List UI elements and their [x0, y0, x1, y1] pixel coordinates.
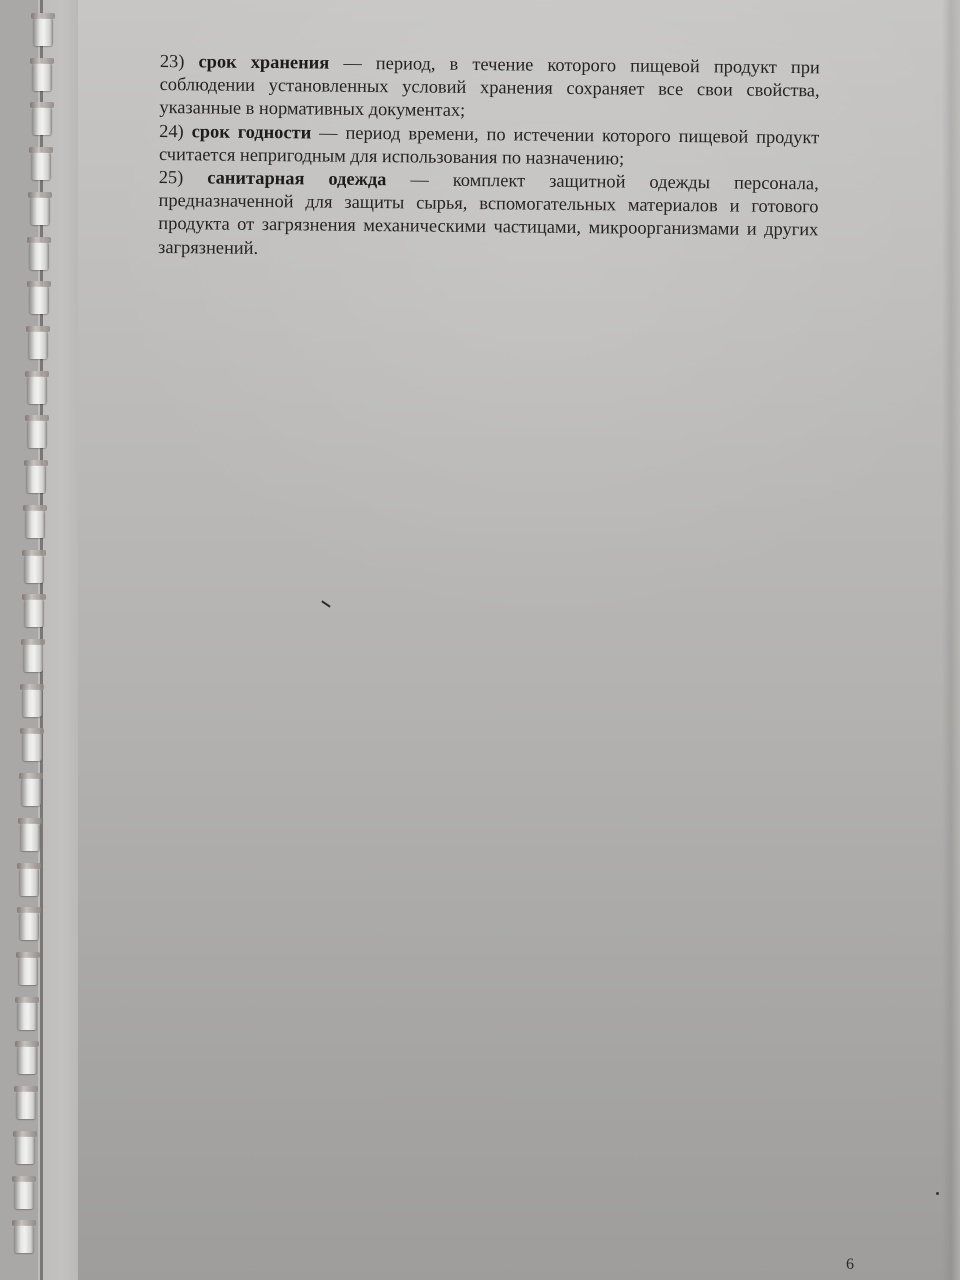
- binding-coil: [22, 733, 42, 761]
- binding-coil: [25, 510, 45, 538]
- binding-coil: [16, 1091, 36, 1119]
- binding-coil: [27, 376, 47, 404]
- entry-dash: —: [410, 169, 429, 189]
- paper-speck: [936, 1192, 939, 1195]
- definition-entry-24: 24) срок годности — период времени, по и…: [159, 120, 819, 173]
- binding-coil: [17, 1002, 37, 1030]
- binding-coil: [29, 242, 49, 270]
- page-edge: [942, 0, 960, 1280]
- binding-coil: [19, 912, 39, 940]
- binding-coil: [32, 63, 52, 91]
- binding-coil: [15, 1136, 35, 1164]
- binding-coil: [28, 331, 48, 359]
- entry-number: 23): [160, 51, 185, 71]
- binding-coil: [19, 868, 39, 896]
- binding-coil: [26, 465, 46, 493]
- binding-coil: [14, 1181, 34, 1209]
- binding-coil: [33, 18, 53, 46]
- binding-coil: [18, 957, 38, 985]
- binding-coil: [20, 823, 40, 851]
- binding-coil: [24, 555, 44, 583]
- binding-coil: [21, 778, 41, 806]
- binding-coil: [24, 599, 44, 627]
- definitions-text: 23) срок хранения — период, в течение ко…: [158, 50, 820, 265]
- definition-entry-25: 25) санитарная одежда — комплект защитно…: [158, 166, 819, 265]
- binding-coil: [32, 107, 52, 135]
- entry-term: срок годности: [192, 121, 312, 142]
- spiral-binding: [0, 0, 60, 1280]
- binding-coil: [22, 689, 42, 717]
- binding-coil: [23, 644, 43, 672]
- entry-number: 24): [159, 121, 184, 141]
- binding-coil: [14, 1225, 34, 1253]
- binding-coil: [31, 152, 51, 180]
- binding-coil: [17, 1046, 37, 1074]
- entry-dash: —: [319, 122, 338, 142]
- entry-term: срок хранения: [198, 51, 329, 72]
- page-number: 6: [846, 1256, 854, 1274]
- entry-term: санитарная одежда: [207, 167, 386, 189]
- binding-coil: [29, 286, 49, 314]
- definition-entry-23: 23) срок хранения — период, в течение ко…: [159, 50, 820, 126]
- binding-coil: [30, 197, 50, 225]
- binding-coil: [27, 420, 47, 448]
- entry-number: 25): [159, 167, 184, 187]
- entry-dash: —: [343, 53, 362, 73]
